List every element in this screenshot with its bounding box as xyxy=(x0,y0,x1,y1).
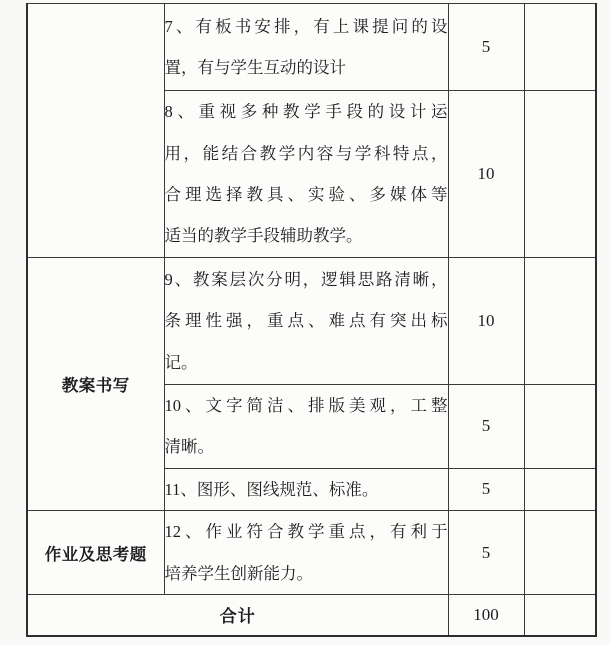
grade-cell xyxy=(524,258,596,385)
table-row: 作业及思考题 12、作业符合教学重点，有利于培养学生创新能力。 5 xyxy=(27,511,596,595)
category-cell-homework: 作业及思考题 xyxy=(27,511,164,595)
total-label: 合计 xyxy=(27,595,448,636)
criterion-text-line: 条理性强，重点、难点有突出标 xyxy=(165,300,448,341)
total-score-cell: 100 xyxy=(448,595,524,636)
criterion-text-line: 培养学生创新能力。 xyxy=(165,553,448,594)
category-cell-lesson-plan-writing: 教案书写 xyxy=(27,258,164,511)
grade-cell xyxy=(524,511,596,595)
document-page: 7、有板书安排，有上课提问的设置，有与学生互动的设计 5 8、重视多种教学手段的… xyxy=(0,0,610,645)
grade-cell xyxy=(524,91,596,258)
criterion-text-line: 10、文字简洁、排版美观，工整 xyxy=(165,385,448,426)
table-row: 教案书写 9、教案层次分明，逻辑思路清晰，条理性强，重点、难点有突出标记。 10 xyxy=(27,258,596,385)
grade-cell xyxy=(524,595,596,636)
category-cell-continued xyxy=(27,4,164,258)
table-row: 7、有板书安排，有上课提问的设置，有与学生互动的设计 5 xyxy=(27,4,596,91)
evaluation-table: 7、有板书安排，有上课提问的设置，有与学生互动的设计 5 8、重视多种教学手段的… xyxy=(26,3,597,637)
grade-cell xyxy=(524,4,596,91)
score-cell: 5 xyxy=(448,468,524,510)
score-cell: 5 xyxy=(448,4,524,91)
score-cell: 10 xyxy=(448,91,524,258)
criterion-text-line: 9、教案层次分明，逻辑思路清晰， xyxy=(165,259,448,300)
criterion-text-line: 11、图形、图线规范、标准。 xyxy=(165,469,448,510)
criterion-cell: 9、教案层次分明，逻辑思路清晰，条理性强，重点、难点有突出标记。 xyxy=(164,258,448,385)
criterion-text-line: 合理选择教具、实验、多媒体等 xyxy=(165,174,448,215)
score-cell: 10 xyxy=(448,258,524,385)
score-cell: 5 xyxy=(448,385,524,469)
score-cell: 5 xyxy=(448,511,524,595)
criterion-text-line: 置，有与学生互动的设计 xyxy=(165,47,448,88)
criterion-cell: 10、文字简洁、排版美观，工整清晰。 xyxy=(164,385,448,469)
criterion-cell: 7、有板书安排，有上课提问的设置，有与学生互动的设计 xyxy=(164,4,448,91)
criterion-text-line: 8、重视多种教学手段的设计运 xyxy=(165,91,448,132)
criterion-text-line: 清晰。 xyxy=(165,426,448,467)
total-row: 合计 100 xyxy=(27,595,596,636)
criterion-cell: 11、图形、图线规范、标准。 xyxy=(164,468,448,510)
criterion-text-line: 适当的教学手段辅助教学。 xyxy=(165,215,448,256)
grade-cell xyxy=(524,385,596,469)
grade-cell xyxy=(524,468,596,510)
criterion-text-line: 12、作业符合教学重点，有利于 xyxy=(165,511,448,552)
criterion-cell: 8、重视多种教学手段的设计运用，能结合教学内容与学科特点，合理选择教具、实验、多… xyxy=(164,91,448,258)
criterion-cell: 12、作业符合教学重点，有利于培养学生创新能力。 xyxy=(164,511,448,595)
criterion-text-line: 7、有板书安排，有上课提问的设 xyxy=(165,6,448,47)
criterion-text-line: 记。 xyxy=(165,342,448,383)
criterion-text-line: 用，能结合教学内容与学科特点， xyxy=(165,133,448,174)
